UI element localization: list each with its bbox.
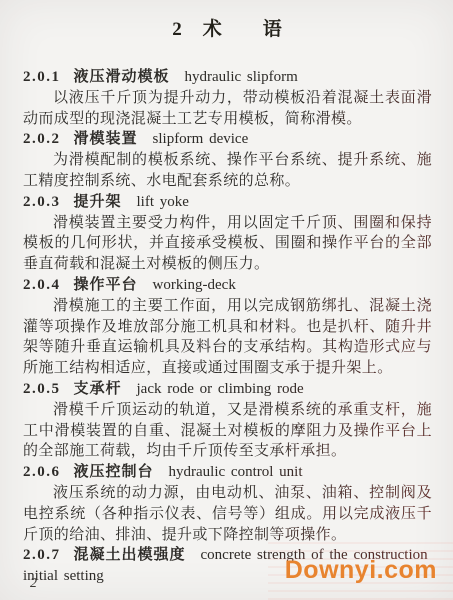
term-number: 2.0.4 bbox=[23, 277, 61, 293]
term-heading: 2.0.5支承杆jack rode or climbing rode bbox=[23, 379, 432, 400]
term-entry: 2.0.1液压滑动模板hydraulic slipform 以液压千斤顶为提升动… bbox=[23, 67, 432, 129]
term-entry: 2.0.5支承杆jack rode or climbing rode 滑模千斤顶… bbox=[23, 379, 432, 462]
term-heading: 2.0.1液压滑动模板hydraulic slipform bbox=[23, 67, 432, 88]
term-chinese: 提升架 bbox=[74, 194, 122, 210]
term-definition: 为滑模配制的模板系统、操作平台系统、提升系统、施工精度控制系统、水电配套系统的总… bbox=[23, 150, 432, 192]
term-heading: 2.0.6液压控制台hydraulic control unit bbox=[23, 462, 432, 483]
term-number: 2.0.2 bbox=[23, 131, 61, 147]
term-number: 2.0.7 bbox=[23, 547, 61, 563]
term-english: lift yoke bbox=[137, 194, 189, 210]
term-chinese: 液压滑动模板 bbox=[74, 69, 170, 85]
term-definition: 滑模装置主要受力构件，用以固定千斤顶、围圈和保持模板的几何形状，并直接承受模板、… bbox=[23, 213, 432, 275]
scanned-document-page: 2 术 语 2.0.1液压滑动模板hydraulic slipform 以液压千… bbox=[0, 0, 453, 600]
term-chinese: 液压控制台 bbox=[74, 464, 154, 480]
term-heading: 2.0.2滑模装置slipform device bbox=[23, 129, 432, 150]
term-entry: 2.0.4操作平台working-deck 滑模施工的主要工作面，用以完成钢筋绑… bbox=[23, 275, 432, 379]
term-english: working-deck bbox=[153, 277, 236, 293]
term-number: 2.0.3 bbox=[23, 194, 61, 210]
chapter-title: 2 术 语 bbox=[23, 14, 432, 41]
term-english: hydraulic slipform bbox=[185, 69, 298, 85]
term-entry: 2.0.3提升架lift yoke 滑模装置主要受力构件，用以固定千斤顶、围圈和… bbox=[23, 192, 432, 275]
term-definition: 液压系统的动力源，由电动机、油泵、油箱、控制阀及电控系统（各种指示仪表、信号等）… bbox=[23, 483, 432, 545]
term-chinese: 滑模装置 bbox=[74, 131, 138, 147]
watermark-text: Downyi.com bbox=[285, 556, 437, 585]
page-content: 2 术 语 2.0.1液压滑动模板hydraulic slipform 以液压千… bbox=[0, 0, 453, 587]
term-definition: 滑模施工的主要工作面，用以完成钢筋绑扎、混凝土浇灌等项操作及堆放部分施工机具和材… bbox=[23, 296, 432, 379]
term-heading: 2.0.3提升架lift yoke bbox=[23, 192, 432, 213]
term-english: jack rode or climbing rode bbox=[137, 381, 304, 397]
term-number: 2.0.6 bbox=[23, 464, 61, 480]
term-chinese: 操作平台 bbox=[74, 277, 138, 293]
term-heading: 2.0.4操作平台working-deck bbox=[23, 275, 432, 296]
term-english: hydraulic control unit bbox=[169, 464, 303, 480]
term-number: 2.0.1 bbox=[23, 69, 61, 85]
term-entry: 2.0.2滑模装置slipform device 为滑模配制的模板系统、操作平台… bbox=[23, 129, 432, 191]
term-definition: 滑模千斤顶运动的轨道，又是滑模系统的承重支杆，施工中滑模装置的自重、混凝土对模板… bbox=[23, 400, 432, 462]
term-entry: 2.0.6液压控制台hydraulic control unit 液压系统的动力… bbox=[23, 462, 432, 545]
term-definition: 以液压千斤顶为提升动力，带动模板沿着混凝土表面滑动而成型的现浇混凝土工艺专用模板… bbox=[23, 88, 432, 130]
term-english: slipform device bbox=[153, 131, 249, 147]
term-number: 2.0.5 bbox=[23, 381, 61, 397]
page-number: 2 bbox=[30, 576, 37, 592]
terms-section: 2.0.1液压滑动模板hydraulic slipform 以液压千斤顶为提升动… bbox=[23, 67, 432, 587]
term-chinese: 支承杆 bbox=[74, 381, 122, 397]
term-chinese: 混凝土出模强度 bbox=[74, 547, 186, 563]
